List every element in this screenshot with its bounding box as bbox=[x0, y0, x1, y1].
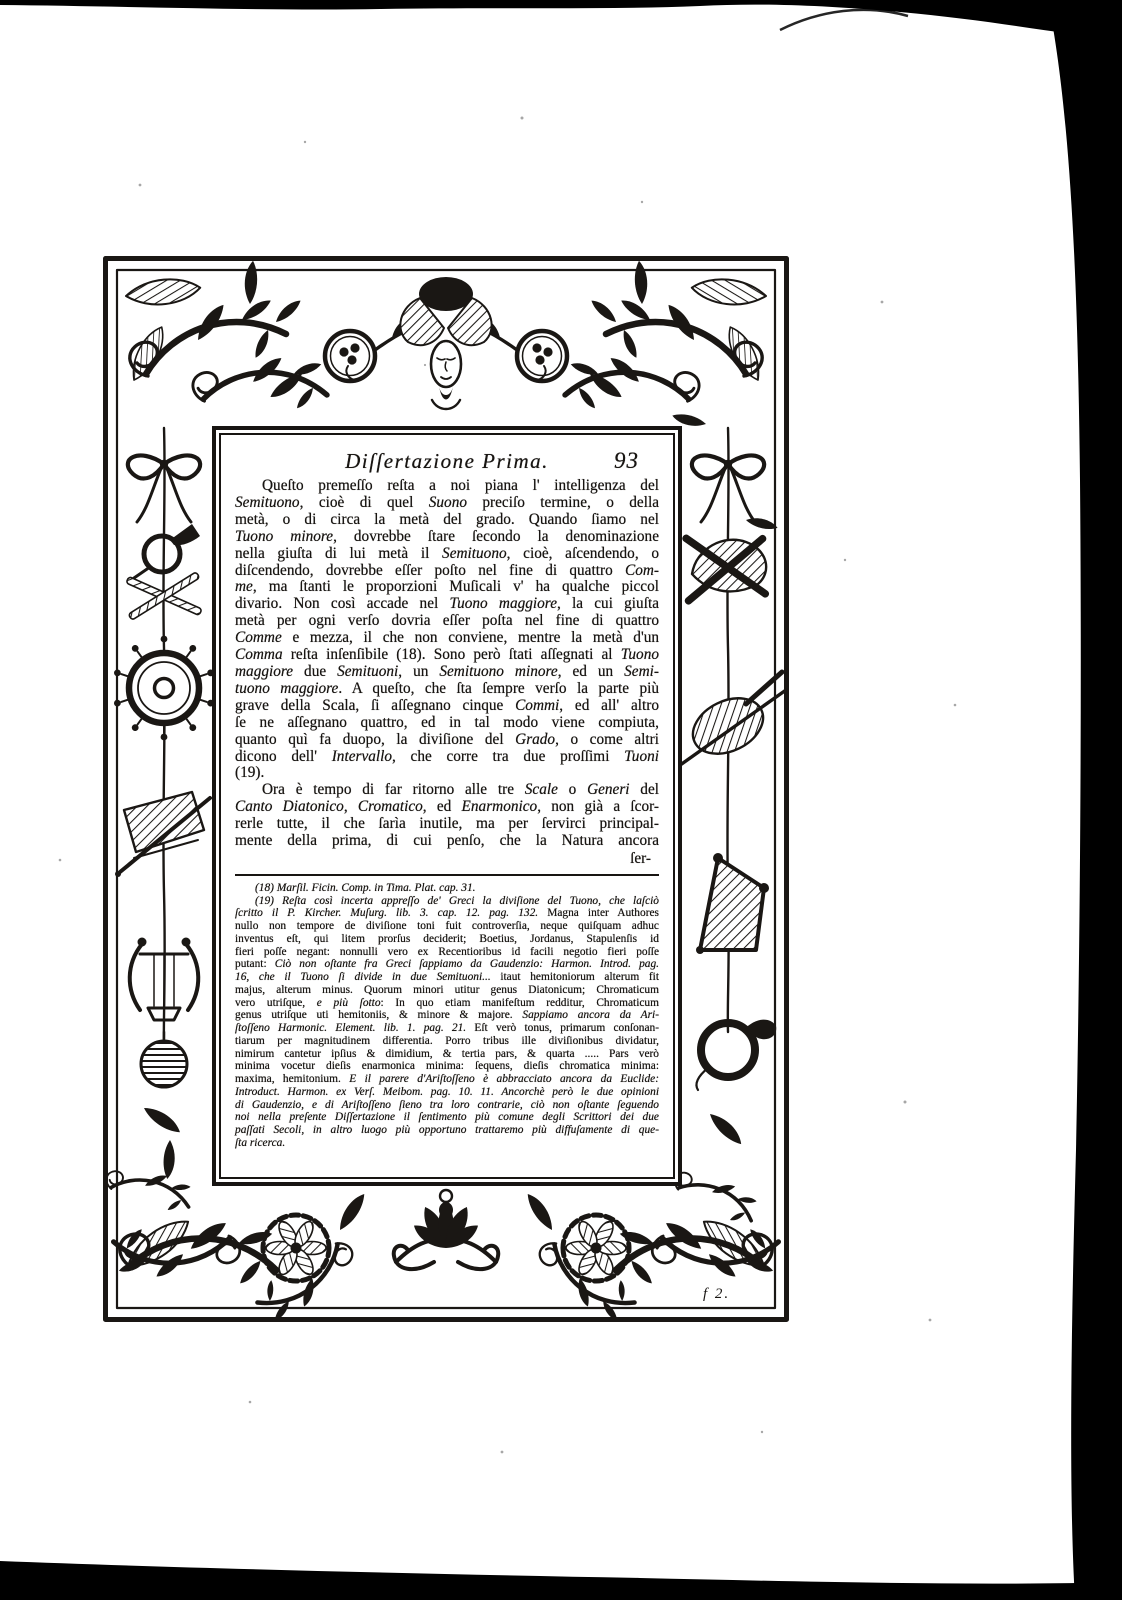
main-paragraph-2: Ora è tempo di far ritorno alle tre Scal… bbox=[235, 782, 659, 850]
text-line: tuono maggiore. A queſto, che ſta ſempre… bbox=[235, 681, 659, 698]
page-number: 93 bbox=[614, 447, 639, 475]
left-instrument-trophy bbox=[103, 428, 215, 1227]
text-line: dicono dell' Intervallo, che corre tra d… bbox=[235, 749, 659, 766]
bagpipe-ornament bbox=[681, 533, 770, 606]
text-line: ſcritto il P. Kircher. Muſurg. lib. 3. c… bbox=[235, 907, 659, 920]
scan-wrinkle bbox=[780, 10, 908, 30]
text-line: putant: Ciò non oſtante fra Greci ſappia… bbox=[235, 958, 659, 971]
text-line: tiarum per magnitudinem differentia. Por… bbox=[235, 1035, 659, 1048]
text-line: (19). bbox=[235, 765, 659, 782]
text-line: Ora è tempo di far ritorno alle tre Scal… bbox=[235, 782, 659, 799]
text-line: Queſto premeſſo reſta a noi piana l' int… bbox=[235, 478, 659, 495]
text-line: metà per ogni verſo dovria eſſer poſta n… bbox=[235, 613, 659, 630]
footnotes: (18) Marſil. Ficin. Comp. in Tima. Plat.… bbox=[235, 882, 659, 1150]
text-line: inventus eſt, qui litem prorſus decideri… bbox=[235, 933, 659, 946]
scan-edge-top bbox=[0, 0, 1122, 40]
tambourine-ornament bbox=[113, 636, 215, 741]
drum-ornament bbox=[141, 1032, 187, 1087]
text-line: Canto Diatonico, Cromatico, ed Enarmonic… bbox=[235, 799, 659, 816]
right-instrument-trophy bbox=[671, 404, 786, 1239]
scan-edge-bottom bbox=[0, 1561, 1122, 1600]
text-line: fieri poſſe negant: nonnulli vero ex Rec… bbox=[235, 946, 659, 959]
text-line: rerle tutte, il che ſarìa inutile, ma pe… bbox=[235, 816, 659, 833]
text-line: divario. Non così accade nel Tuono maggi… bbox=[235, 596, 659, 613]
text-line: ſe ne aſſegnano quattro, ed in tal modo … bbox=[235, 715, 659, 732]
text-line: paſſati Secoli, in altro luogo più oppor… bbox=[235, 1124, 659, 1137]
text-line: di Gaudenzio, e di Ariſtoſſeno ſieno tra… bbox=[235, 1099, 659, 1112]
text-line: mente della prima, di cui penſo, che la … bbox=[235, 833, 659, 850]
catchword: ſer- bbox=[235, 850, 659, 867]
text-line: noi nella preſente Diſſertazione il ſent… bbox=[235, 1111, 659, 1124]
text-line: minima vocetur dieſis enarmonica minima:… bbox=[235, 1060, 659, 1073]
text-line: majus, alterum minus. Quorum minori utit… bbox=[235, 984, 659, 997]
text-line: Comma reſta inſenſibile (18). Sono però … bbox=[235, 647, 659, 664]
top-ornament-band bbox=[119, 260, 774, 429]
text-line: me, ma ſtanti le proporzioni Muſicali v'… bbox=[235, 579, 659, 596]
text-line: Introduct. Harmon. ex Verſ. Meibom. pag.… bbox=[235, 1086, 659, 1099]
footnote-separator-rule bbox=[235, 874, 659, 876]
text-frame: Diſſertazione Prima. 93 Queſto premeſſo … bbox=[212, 426, 682, 1186]
running-head: Diſſertazione Prima. 93 bbox=[235, 447, 659, 475]
text-line: (19) Reſta così incerta appreſſo de' Gre… bbox=[235, 895, 659, 908]
page-title: Diſſertazione Prima. bbox=[235, 447, 659, 475]
text-line: maggiore due Semituoni, un Semituono min… bbox=[235, 664, 659, 681]
text-line: grave della Scala, ſi aſſegnano cinque C… bbox=[235, 698, 659, 715]
text-line: quanto quì fa duopo, la diviſione del Gr… bbox=[235, 732, 659, 749]
mask-ornament bbox=[400, 277, 491, 409]
text-line: nella giuſta di lui metà il Semituono, c… bbox=[235, 546, 659, 563]
scan-edge-right bbox=[1048, 0, 1122, 1600]
text-line: diſcendendo, dovrebbe eſſer poſto nel fi… bbox=[235, 563, 659, 580]
text-line: nullo non tempore de diviſione toni fuit… bbox=[235, 920, 659, 933]
text-line: ſta ricerca. bbox=[235, 1137, 659, 1150]
text-line: ſtoſſeno Harmonic. Element. lib. 1. pag.… bbox=[235, 1022, 659, 1035]
palmette-ornament bbox=[394, 1190, 499, 1269]
horn-ornament bbox=[134, 524, 200, 578]
signature-mark: f 2. bbox=[703, 1286, 730, 1303]
text-line: (18) Marſil. Ficin. Comp. in Tima. Plat.… bbox=[235, 882, 659, 895]
hunting-horn-ornament bbox=[696, 1020, 776, 1090]
text-frame-inner-rule: Diſſertazione Prima. 93 Queſto premeſſo … bbox=[219, 433, 675, 1179]
main-paragraph-1: Queſto premeſſo reſta a noi piana l' int… bbox=[235, 478, 659, 782]
scanned-book-page: Diſſertazione Prima. 93 Queſto premeſſo … bbox=[0, 0, 1122, 1600]
text-line: maxima, hemitonium. E il parere d'Ariſto… bbox=[235, 1073, 659, 1086]
bottom-ornament-band bbox=[107, 1190, 785, 1325]
text-line: nimirum cantetur ipſius & dimidium, & te… bbox=[235, 1048, 659, 1061]
page-content: Diſſertazione Prima. 93 Queſto premeſſo … bbox=[235, 441, 659, 1171]
text-line: 16, che il Tuono ſi divide in due Semitu… bbox=[235, 971, 659, 984]
text-line: Semituono, cioè di quel Suono preciſo te… bbox=[235, 495, 659, 512]
text-line: Tuono minore, dovrebbe ſtare ſecondo la … bbox=[235, 529, 659, 546]
harp-ornament bbox=[696, 853, 769, 954]
text-line: Comme e mezza, il che non conviene, ment… bbox=[235, 630, 659, 647]
text-line: metà, o di circa la metà del grado. Quan… bbox=[235, 512, 659, 529]
text-line: genus utriſque uti hemitoniis, & minore … bbox=[235, 1009, 659, 1022]
text-line: vero utriſque, e più ſotto: In quo etiam… bbox=[235, 997, 659, 1010]
